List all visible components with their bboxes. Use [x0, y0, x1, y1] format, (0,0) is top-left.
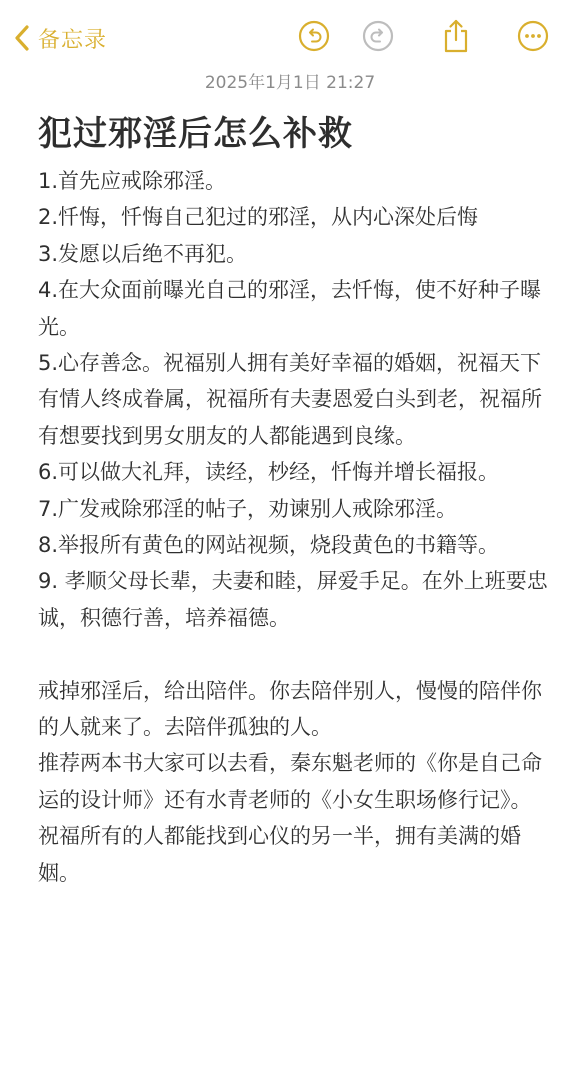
redo-icon — [362, 20, 394, 56]
note-paragraph: 6.可以做大礼拜，读经，杪经，忏悔并增长福报。 — [38, 454, 548, 490]
note-paragraph: 7.广发戒除邪淫的帖子，劝谏别人戒除邪淫。 — [38, 491, 548, 527]
chevron-left-icon — [14, 24, 30, 52]
note-paragraph: 2.忏悔，忏悔自己犯过的邪淫，从内心深处后悔 — [38, 199, 548, 235]
more-button[interactable] — [516, 20, 550, 56]
note-paragraph: 9. 孝顺父母长辈，夫妻和睦，屏爱手足。在外上班要忠诚，积德行善，培养福德。 — [38, 563, 548, 636]
blank-line — [38, 636, 548, 672]
undo-icon — [298, 20, 330, 56]
note-paragraph: 8.举报所有黄色的网站视频，烧段黄色的书籍等。 — [38, 527, 548, 563]
navigation-bar: 备忘录 — [0, 14, 580, 62]
note-timestamp: 2025年1月1日 21:27 — [0, 68, 580, 93]
note-paragraph: 戒掉邪淫后，给出陪伴。你去陪伴别人，慢慢的陪伴你的人就来了。去陪伴孤独的人。 — [38, 673, 548, 746]
back-button[interactable]: 备忘录 — [14, 20, 107, 56]
note-paragraph: 推荐两本书大家可以去看，秦东魁老师的《你是自己命运的设计师》还有水青老师的《小女… — [38, 745, 548, 818]
note-body[interactable]: 1.首先应戒除邪淫。 2.忏悔，忏悔自己犯过的邪淫，从内心深处后悔 3.发愿以后… — [38, 163, 548, 891]
redo-button[interactable] — [361, 20, 395, 56]
share-icon — [441, 18, 471, 58]
share-button[interactable] — [439, 20, 473, 56]
note-paragraph: 5.心存善念。祝福别人拥有美好幸福的婚姻，祝福天下有情人终成眷属，祝福所有夫妻恩… — [38, 345, 548, 454]
note-paragraph: 3.发愿以后绝不再犯。 — [38, 236, 548, 272]
undo-button[interactable] — [297, 20, 331, 56]
note-paragraph: 1.首先应戒除邪淫。 — [38, 163, 548, 199]
note-paragraph: 4.在大众面前曝光自己的邪淫，去忏悔，使不好种子曝光。 — [38, 272, 548, 345]
note-paragraph: 祝福所有的人都能找到心仪的另一半，拥有美满的婚姻。 — [38, 818, 548, 891]
note-title[interactable]: 犯过邪淫后怎么补救 — [38, 106, 353, 155]
more-icon — [517, 20, 549, 56]
back-label: 备忘录 — [38, 23, 107, 54]
